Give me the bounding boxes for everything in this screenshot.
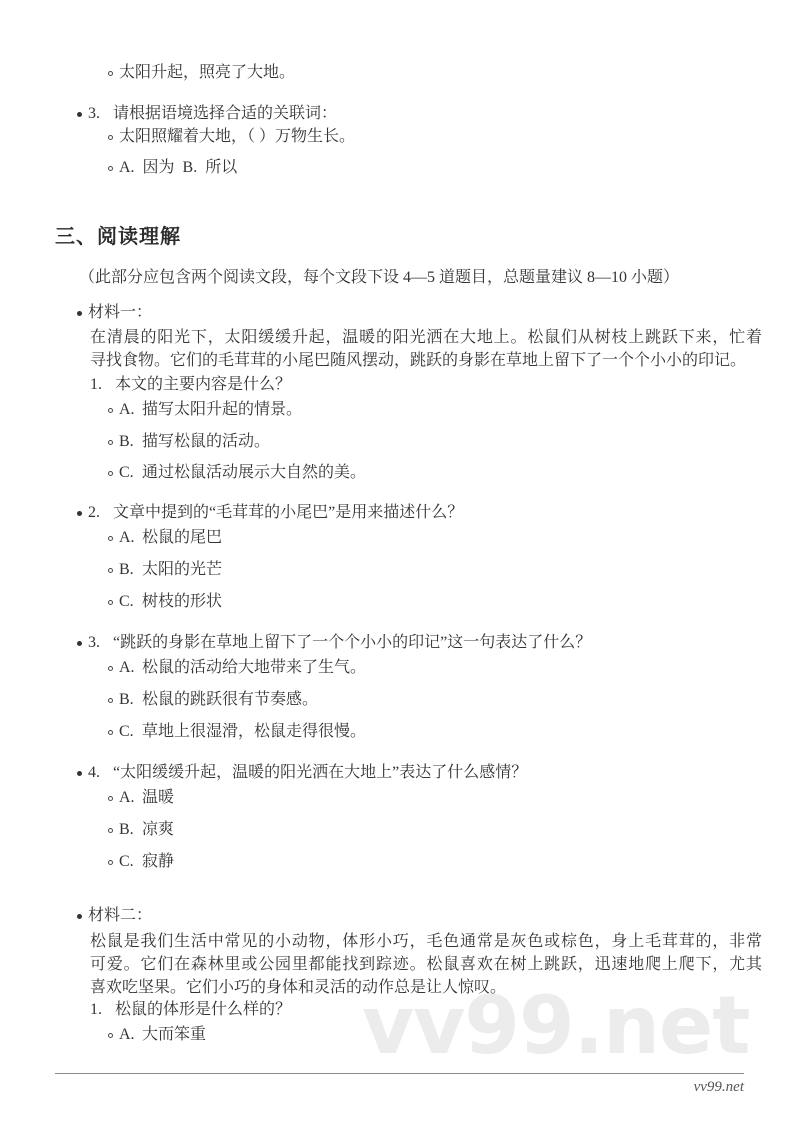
question-text: 文章中提到的“毛茸茸的小尾巴”是用来描述什么？: [113, 505, 463, 521]
circle-bullet-icon: [108, 666, 113, 671]
intro-question-3-choices: A. 因为 B. 所以: [108, 160, 237, 176]
option-letter: A.: [119, 790, 142, 806]
option-text: 松鼠的尾巴: [142, 530, 222, 546]
circle-bullet-icon: [108, 135, 113, 140]
choices-text: A. 因为 B. 所以: [119, 160, 237, 176]
circle-bullet-icon: [108, 166, 113, 171]
dot-bullet-icon: [77, 511, 82, 516]
m1-q3-option-a: A. 松鼠的活动给大地带来了生气。: [108, 660, 366, 676]
material2-label-text: 材料二：: [88, 908, 152, 924]
option-letter: C.: [119, 465, 142, 481]
footer-divider: [55, 1073, 744, 1074]
passage-line: 寻找食物。它们的毛茸茸的小尾巴随风摆动，跳跃的身影在草地上留下了一个个小小的印记…: [90, 349, 762, 372]
section-title: 三、阅读理解: [55, 224, 181, 250]
circle-bullet-icon: [108, 440, 113, 445]
m1-q3-option-c: C. 草地上很湿滑，松鼠走得很慢。: [108, 724, 366, 740]
option-text: 大而笨重: [142, 1027, 206, 1043]
m1-q2-option-a: A. 松鼠的尾巴: [108, 530, 222, 546]
circle-bullet-icon: [108, 860, 113, 865]
option-letter: A.: [119, 660, 142, 676]
m1-q1-option-a: A. 描写太阳升起的情景。: [108, 402, 302, 418]
circle-bullet-icon: [108, 1033, 113, 1038]
intro-answer-text: 太阳升起，照亮了大地。: [119, 65, 295, 81]
option-text: 寂静: [142, 854, 174, 870]
option-letter: B.: [119, 692, 142, 708]
circle-bullet-icon: [108, 698, 113, 703]
circle-bullet-icon: [108, 536, 113, 541]
dot-bullet-icon: [77, 311, 82, 316]
question-number: 2.: [88, 505, 113, 521]
material2-label: 材料二：: [77, 908, 152, 924]
m1-question-2: 2. 文章中提到的“毛茸茸的小尾巴”是用来描述什么？: [77, 505, 463, 521]
m1-q1-option-c: C. 通过松鼠活动展示大自然的美。: [108, 465, 366, 481]
question-number: 3.: [88, 635, 113, 651]
circle-bullet-icon: [108, 408, 113, 413]
option-letter: C.: [119, 724, 142, 740]
option-text: 松鼠的跳跃很有节奏感。: [142, 692, 318, 708]
question-number: 4.: [88, 765, 113, 781]
option-text: 凉爽: [142, 822, 174, 838]
m1-q3-option-b: B. 松鼠的跳跃很有节奏感。: [108, 692, 318, 708]
m1-q4-option-b: B. 凉爽: [108, 822, 174, 838]
dot-bullet-icon: [77, 641, 82, 646]
option-letter: A.: [119, 530, 142, 546]
question-number: 3.: [88, 106, 113, 122]
m1-q4-option-a: A. 温暖: [108, 790, 174, 806]
question-text: “跳跃的身影在草地上留下了一个个小小的印记”这一句表达了什么？: [113, 635, 591, 651]
circle-bullet-icon: [108, 730, 113, 735]
material1-passage: 在清晨的阳光下，太阳缓缓升起，温暖的阳光洒在大地上。松鼠们从树枝上跳跃下来，忙着…: [90, 326, 762, 372]
option-letter: C.: [119, 854, 142, 870]
question-text: 本文的主要内容是什么？: [115, 377, 291, 393]
dot-bullet-icon: [77, 771, 82, 776]
question-text: 请根据语境选择合适的关联词：: [113, 106, 337, 122]
option-text: 草地上很湿滑，松鼠走得很慢。: [142, 724, 366, 740]
option-letter: B.: [119, 562, 142, 578]
intro-question-3-stem: 太阳照耀着大地，（ ）万物生长。: [108, 129, 355, 145]
option-letter: B.: [119, 434, 142, 450]
option-text: 描写太阳升起的情景。: [142, 402, 302, 418]
circle-bullet-icon: [108, 796, 113, 801]
passage-line: 喜欢吃坚果。它们小巧的身体和灵活的动作总是让人惊叹。: [90, 976, 762, 999]
option-text: 描写松鼠的活动。: [142, 434, 270, 450]
option-text: 太阳的光芒: [142, 562, 222, 578]
option-letter: C.: [119, 594, 142, 610]
question-number: 1.: [90, 1002, 115, 1018]
section-note-text: （此部分应包含两个阅读文段，每个文段下设 4—5 道题目，总题量建议 8—10 …: [79, 270, 679, 286]
worksheet-page: vv99.net 太阳升起，照亮了大地。 3. 请根据语境选择合适的关联词： 太…: [0, 0, 800, 1130]
intro-question-3: 3. 请根据语境选择合适的关联词：: [77, 106, 337, 122]
m1-q2-option-c: C. 树枝的形状: [108, 594, 222, 610]
m2-q1-option-a: A. 大而笨重: [108, 1027, 206, 1043]
m2-question-1: 1. 松鼠的体形是什么样的？: [90, 1002, 291, 1018]
option-letter: A.: [119, 402, 142, 418]
circle-bullet-icon: [108, 71, 113, 76]
m1-question-3: 3. “跳跃的身影在草地上留下了一个个小小的印记”这一句表达了什么？: [77, 635, 591, 651]
option-letter: B.: [119, 822, 142, 838]
option-letter: A.: [119, 1027, 142, 1043]
circle-bullet-icon: [108, 828, 113, 833]
material1-label-text: 材料一：: [88, 305, 152, 321]
footer-site-text: vv99.net: [544, 1078, 744, 1096]
m1-q4-option-c: C. 寂静: [108, 854, 174, 870]
question-text: “太阳缓缓升起，温暖的阳光洒在大地上”表达了什么感情？: [113, 765, 527, 781]
circle-bullet-icon: [108, 600, 113, 605]
stem-text: 太阳照耀着大地，（ ）万物生长。: [119, 129, 355, 145]
dot-bullet-icon: [77, 112, 82, 117]
option-text: 温暖: [142, 790, 174, 806]
passage-line: 松鼠是我们生活中常见的小动物，体形小巧，毛色通常是灰色或棕色，身上毛茸茸的，非常: [90, 930, 762, 953]
option-text: 树枝的形状: [142, 594, 222, 610]
m1-q1-option-b: B. 描写松鼠的活动。: [108, 434, 270, 450]
material2-passage: 松鼠是我们生活中常见的小动物，体形小巧，毛色通常是灰色或棕色，身上毛茸茸的，非常…: [90, 930, 762, 999]
option-text: 通过松鼠活动展示大自然的美。: [142, 465, 366, 481]
dot-bullet-icon: [77, 914, 82, 919]
question-number: 1.: [90, 377, 115, 393]
m1-question-4: 4. “太阳缓缓升起，温暖的阳光洒在大地上”表达了什么感情？: [77, 765, 527, 781]
m1-question-1: 1. 本文的主要内容是什么？: [90, 377, 291, 393]
intro-answer-line: 太阳升起，照亮了大地。: [108, 65, 295, 81]
material1-label: 材料一：: [77, 305, 152, 321]
circle-bullet-icon: [108, 568, 113, 573]
m1-q2-option-b: B. 太阳的光芒: [108, 562, 222, 578]
option-text: 松鼠的活动给大地带来了生气。: [142, 660, 366, 676]
section-note: （此部分应包含两个阅读文段，每个文段下设 4—5 道题目，总题量建议 8—10 …: [79, 270, 679, 286]
passage-line: 在清晨的阳光下，太阳缓缓升起，温暖的阳光洒在大地上。松鼠们从树枝上跳跃下来，忙着: [90, 326, 762, 349]
question-text: 松鼠的体形是什么样的？: [115, 1002, 291, 1018]
passage-line: 可爱。它们在森林里或公园里都能找到踪迹。松鼠喜欢在树上跳跃，迅速地爬上爬下，尤其: [90, 953, 762, 976]
circle-bullet-icon: [108, 471, 113, 476]
